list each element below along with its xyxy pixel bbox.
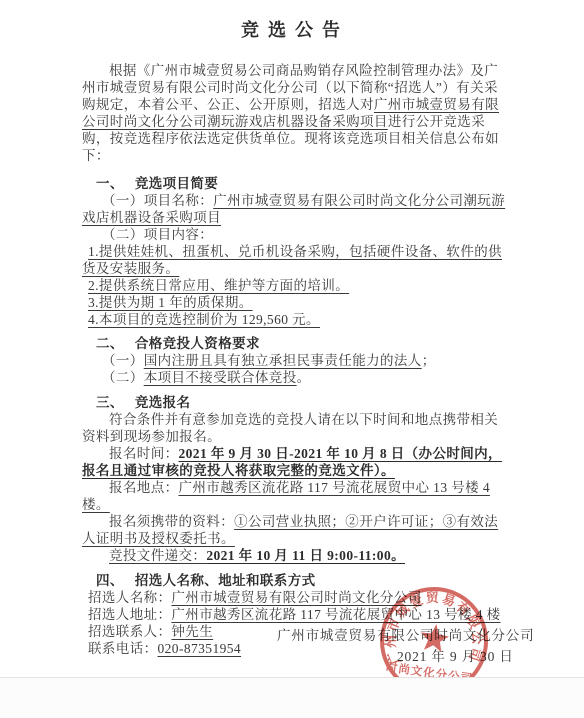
contact-address-value: 广州市越秀区流花路 117 号流花展贸中心 13 号楼 4 楼 xyxy=(171,607,500,622)
registration-place-line: 报名地点：广州市越秀区流花路 117 号流花展贸中心 13 号楼 4 楼。 xyxy=(82,479,508,513)
bid-submission-line: 竞投文件递交：2021 年 10 月 11 日 9:00-11:00。 xyxy=(82,547,508,564)
section2-item1: （一）国内注册且具有独立承担民事责任能力的法人； xyxy=(82,352,508,369)
section2-number: 二、 xyxy=(96,336,124,351)
document-title: 竞选公告 xyxy=(82,18,508,42)
section1-item1: （一）项目名称：广州市城壹贸易有限公司时尚文化分公司潮玩游戏店机器设备采购项目 xyxy=(82,192,508,226)
section4-number: 四、 xyxy=(96,573,124,588)
contact-name-line: 招选人名称：广州市城壹贸易有限公司时尚文化分公司 xyxy=(82,589,508,606)
section1-content-1: 1.提供娃娃机、扭蛋机、兑币机设备采购，包括硬件设备、软件的供货及安装服务。 xyxy=(82,243,508,277)
section3-title: 竞选报名 xyxy=(135,395,191,410)
section1-item1-label: （一）项目名称： xyxy=(102,193,213,208)
section1-content-4: 4.本项目的竞选控制价为 129,560 元。 xyxy=(82,311,508,328)
contact-name-value: 广州市城壹贸易有限公司时尚文化分公司 xyxy=(171,590,421,605)
section1-heading: 一、竞选项目简要 xyxy=(82,175,508,192)
section2-item2-label: （二） xyxy=(102,370,144,385)
signature-company: 广州市城壹贸易有限公司时尚文化分公司 xyxy=(277,627,534,644)
section3-intro: 符合条件并有意参加竞选的竞投人请在以下时间和地点携带相关资料到现场参加报名。 xyxy=(82,411,508,445)
section2-item1-label: （一） xyxy=(102,353,144,368)
registration-time-line: 报名时间：2021 年 9 月 30 日-2021 年 10 月 8 日（办公时… xyxy=(82,445,508,479)
section2-title: 合格竞投人资格要求 xyxy=(135,336,260,351)
contact-phone-value: 020-87351954 xyxy=(158,641,242,656)
contact-address-line: 招选人地址：广州市越秀区流花路 117 号流花展贸中心 13 号楼 4 楼 xyxy=(82,606,508,623)
section2-item1-tail: ； xyxy=(422,353,436,368)
bid-submission-value: 2021 年 10 月 11 日 9:00-11:00。 xyxy=(206,548,405,563)
section2-item2-value: 本项目不接受联合体竞投 xyxy=(144,370,297,385)
required-documents-label: 报名须携带的资料： xyxy=(109,514,234,529)
section1-item2-label: （二）项目内容： xyxy=(102,227,213,242)
section2-heading: 二、合格竞投人资格要求 xyxy=(82,335,508,352)
section1-title: 竞选项目简要 xyxy=(135,176,218,191)
bid-submission-label: 竞投文件递交： xyxy=(109,548,206,563)
page-bottom-edge xyxy=(0,677,584,718)
section1-number: 一、 xyxy=(96,176,124,191)
registration-place-label: 报名地点： xyxy=(109,480,179,495)
section4-heading: 四、招选人名称、地址和联系方式 xyxy=(82,572,508,589)
required-documents-line: 报名须携带的资料：①公司营业执照；②开户许可证；③有效法人证明书及授权委托书。 xyxy=(82,513,508,547)
signature-date: 2021 年 9 月 30 日 xyxy=(397,648,514,665)
registration-time-label: 报名时间： xyxy=(109,446,179,461)
document-content: 竞选公告 根据《广州市城壹贸易公司商品购销存风险控制管理办法》及广州市城壹贸易有… xyxy=(0,18,584,657)
section3-heading: 三、竞选报名 xyxy=(82,394,508,411)
section4-title: 招选人名称、地址和联系方式 xyxy=(135,573,316,588)
section2-item2-tail: 。 xyxy=(297,370,311,385)
contact-person-value: 钟先生 xyxy=(171,624,213,639)
intro-paragraph: 根据《广州市城壹贸易公司商品购销存风险控制管理办法》及广州市城壹贸易有限公司时尚… xyxy=(82,62,508,164)
section2-item2: （二）本项目不接受联合体竞投。 xyxy=(82,369,508,386)
contact-name-label: 招选人名称： xyxy=(88,590,171,605)
section2-item1-value: 国内注册且具有独立承担民事责任能力的法人 xyxy=(144,353,422,368)
document-page: 竞选公告 根据《广州市城壹贸易公司商品购销存风险控制管理办法》及广州市城壹贸易有… xyxy=(0,0,584,718)
section1-item2: （二）项目内容： xyxy=(82,226,508,243)
contact-person-label: 招选联系人： xyxy=(88,624,171,639)
section3-number: 三、 xyxy=(96,395,124,410)
contact-phone-label: 联系电话： xyxy=(88,641,158,656)
section1-content-3: 3.提供为期 1 年的质保期。 xyxy=(82,294,508,311)
contact-address-label: 招选人地址： xyxy=(88,607,171,622)
section1-content-2: 2.提供系统日常应用、维护等方面的培训。 xyxy=(82,277,508,294)
